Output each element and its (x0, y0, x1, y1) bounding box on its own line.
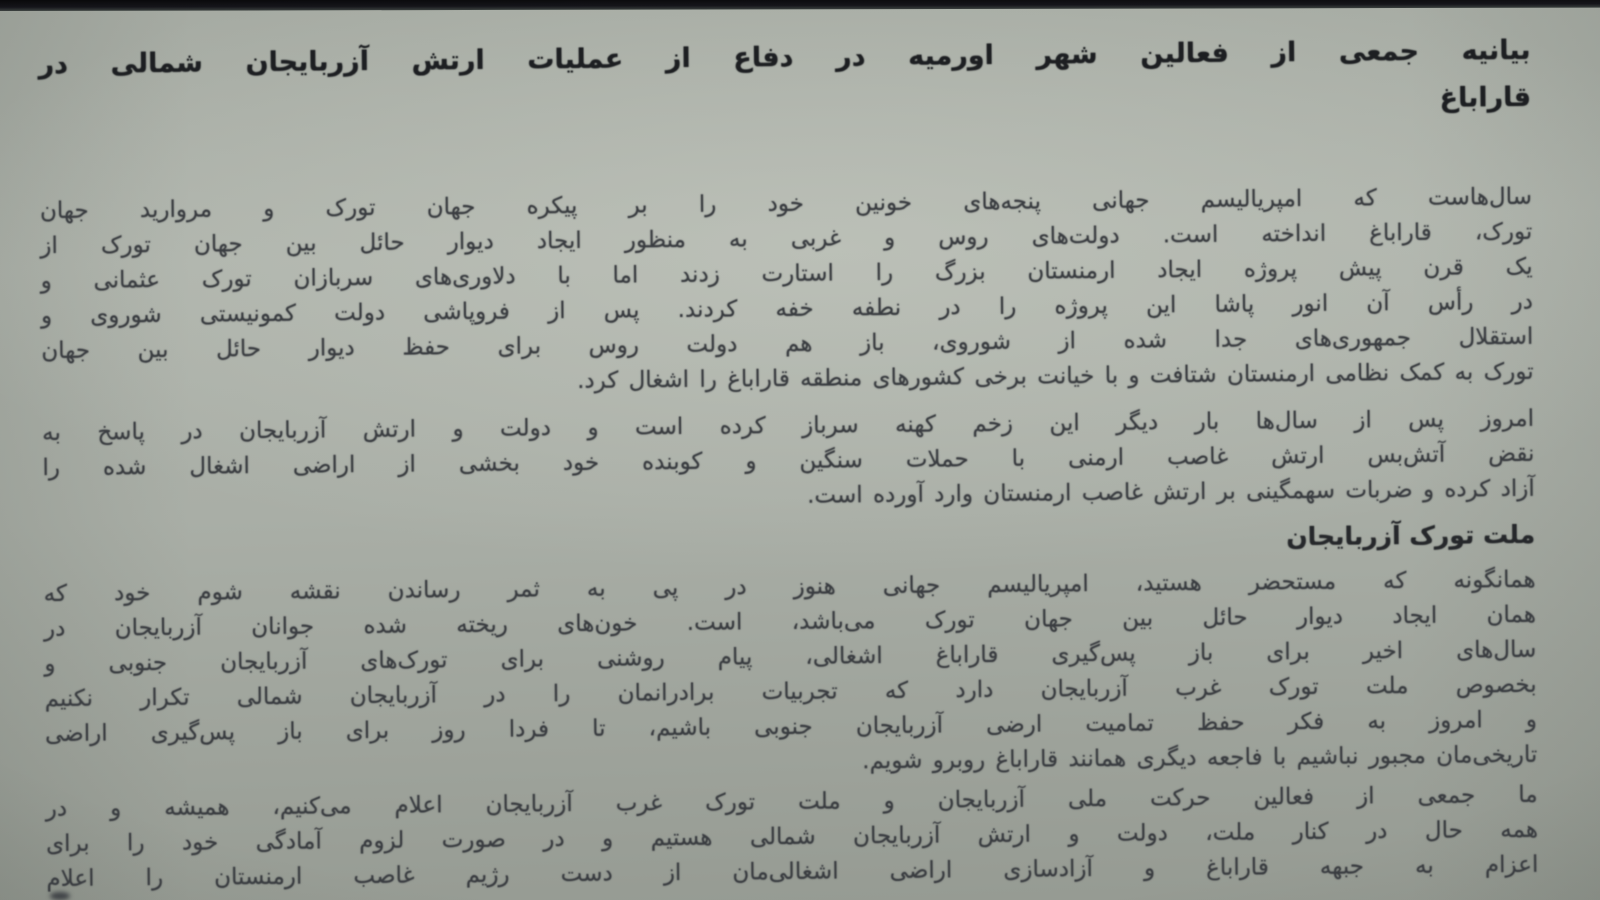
paragraph-3: همانگونه که مستحضر هستید، امپریالیسم جها… (44, 563, 1538, 787)
section-heading: ملت تورک آزربایجان (43, 515, 1535, 569)
document-title: بیانیه جمعی از فعالین شهر اورمیه در دفاع… (38, 27, 1531, 135)
paragraph-2: امروز پس از سال‌ها بار دیگر این زخم کهنه… (42, 402, 1535, 521)
paragraph-1: سال‌هاست که امپریالیسم جهانی پنجه‌های خو… (40, 180, 1534, 404)
document-page: بیانیه جمعی از فعالین شهر اورمیه در دفاع… (38, 0, 1538, 897)
cutoff-text-fragment (50, 892, 70, 900)
paragraph-4: ما جمعی از فعالین حرکت ملی آزربایجان و م… (46, 778, 1539, 897)
document-photo-background: بیانیه جمعی از فعالین شهر اورمیه در دفاع… (0, 0, 1600, 900)
